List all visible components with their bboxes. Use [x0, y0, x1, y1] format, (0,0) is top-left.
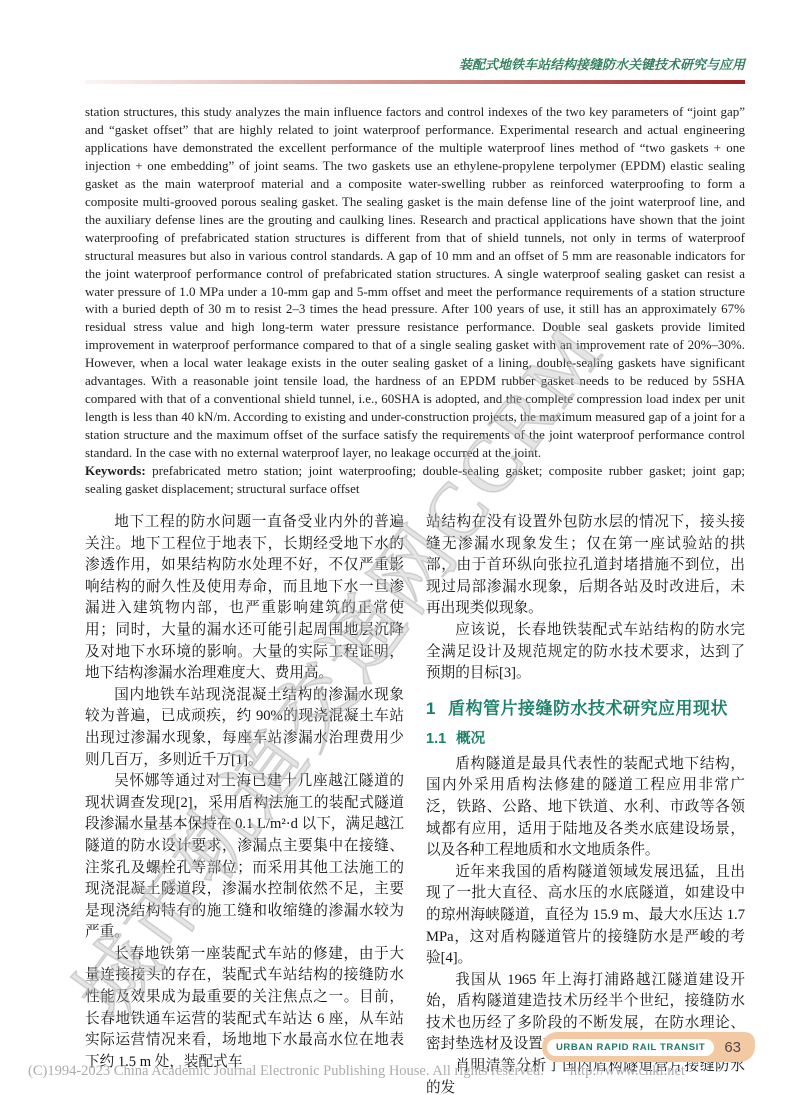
paragraph: 地下工程的防水问题一直备受业内外的普遍关注。地下工程位于地表下，长期经受地下水的…	[85, 512, 404, 685]
copyright-text: (C)1994-2023 China Academic Journal Elec…	[28, 1063, 544, 1079]
cnki-url: http://www.cnki.net	[570, 1063, 685, 1079]
paragraph: 国内地铁车站现浇混凝土结构的渗漏水现象较为普遍，已成顽疾，约 90%的现浇混凝土…	[85, 685, 404, 771]
header-rule	[85, 80, 745, 84]
section-1-1-title: 概况	[456, 731, 485, 747]
two-column-body: 地下工程的防水问题一直备受业内外的普遍关注。地下工程位于地表下，长期经受地下水的…	[85, 512, 745, 1095]
section-1-number: 1	[426, 699, 436, 718]
section-1-1-heading: 1.1概况	[426, 727, 745, 748]
paragraph: 近年来我国的盾构隧道领域发展迅猛，且出现了一批大直径、高水压的水底隧道，如建设中…	[426, 862, 745, 970]
keywords-label: Keywords:	[85, 463, 152, 478]
journal-name-label: URBAN RAPID RAIL TRANSIT	[547, 1039, 714, 1056]
keywords-line: Keywords: prefabricated metro station; j…	[85, 462, 745, 498]
paragraph: 长春地铁第一座装配式车站的修建，由于大量连接接头的存在，装配式车站结构的接缝防水…	[85, 944, 404, 1074]
copyright-line: (C)1994-2023 China Academic Journal Elec…	[28, 1063, 788, 1080]
journal-badge: URBAN RAPID RAIL TRANSIT 63	[542, 1032, 755, 1062]
right-column: 站结构在没有设置外包防水层的情况下，接头接缝无渗漏水现象发生；仅在第一座试验站的…	[426, 512, 745, 1095]
keywords-text: prefabricated metro station; joint water…	[85, 463, 745, 496]
left-column: 地下工程的防水问题一直备受业内外的普遍关注。地下工程位于地表下，长期经受地下水的…	[85, 512, 404, 1095]
journal-page: 城市轨道交通网CCRM 装配式地铁车站结构接缝防水关键技术研究与应用 stati…	[0, 0, 800, 1095]
abstract-text: station structures, this study analyzes …	[85, 103, 745, 462]
paragraph: 站结构在没有设置外包防水层的情况下，接头接缝无渗漏水现象发生；仅在第一座试验站的…	[426, 512, 745, 620]
english-abstract: station structures, this study analyzes …	[85, 103, 745, 498]
paragraph: 盾构隧道是最具代表性的装配式地下结构，国内外采用盾构法修建的隧道工程应用非常广泛…	[426, 754, 745, 862]
running-head-title: 装配式地铁车站结构接缝防水关键技术研究与应用	[85, 54, 745, 73]
paragraph: 应该说，长春地铁装配式车站结构的防水完全满足设计及规范规定的防水技术要求，达到了…	[426, 620, 745, 685]
section-1-heading: 1盾构管片接缝防水技术研究应用现状	[426, 694, 745, 719]
section-1-1-number: 1.1	[426, 731, 446, 747]
page-number: 63	[714, 1039, 749, 1056]
section-1-title: 盾构管片接缝防水技术研究应用现状	[448, 699, 728, 718]
paragraph: 吴怀娜等通过对上海已建十几座越江隧道的现状调查发现[2]，采用盾构法施工的装配式…	[85, 771, 404, 944]
